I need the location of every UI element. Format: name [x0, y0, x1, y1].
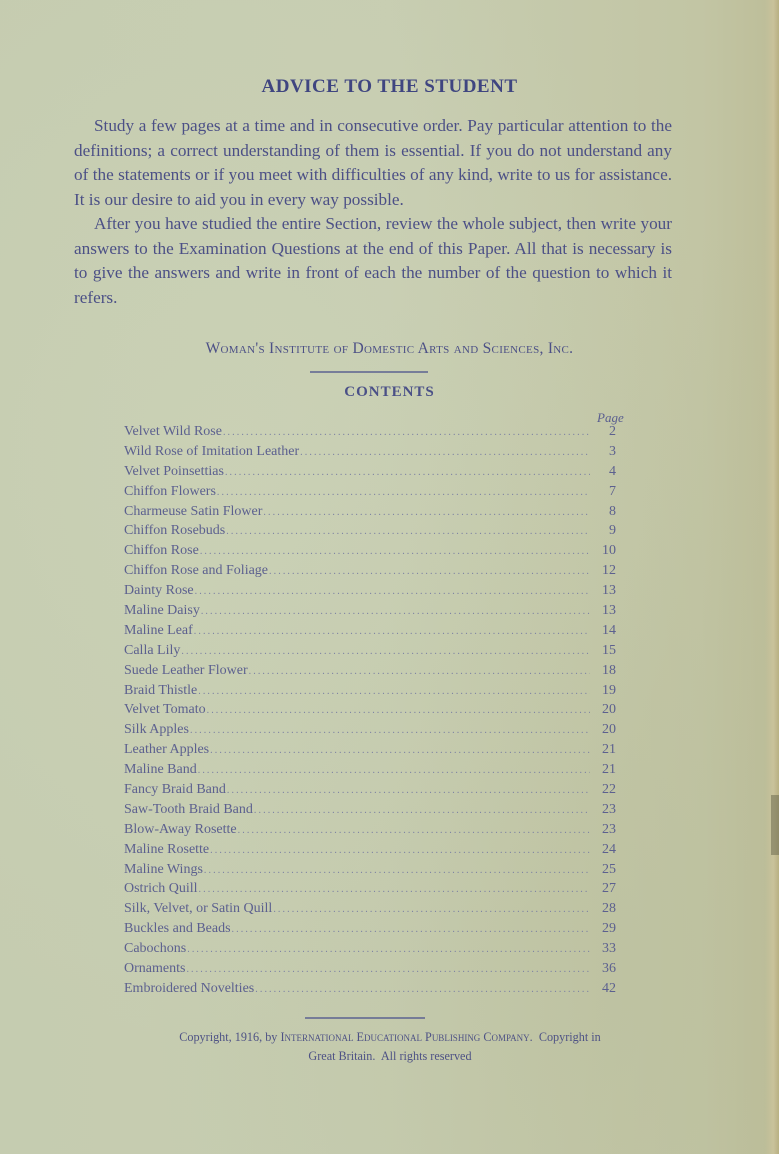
leader-dots [263, 507, 590, 518]
leader-dots [199, 884, 591, 895]
toc-entry[interactable]: Maline Daisy13 [124, 603, 616, 623]
toc-entry-page: 4 [594, 464, 616, 480]
toc-entry-label: Embroidered Novelties [124, 981, 254, 997]
leader-dots [187, 944, 590, 955]
toc-entry-label: Chiffon Flowers [124, 484, 216, 500]
copyright-publisher: International Educational Publishing Com… [280, 1030, 532, 1044]
toc-entry-label: Saw-Tooth Braid Band [124, 802, 253, 818]
toc-entry-page: 33 [594, 941, 616, 957]
toc-entry-label: Chiffon Rosebuds [124, 523, 225, 539]
toc-entry-page: 36 [594, 961, 616, 977]
leader-dots [207, 705, 590, 716]
leader-dots [204, 865, 590, 876]
leader-dots [210, 745, 590, 756]
toc-entry-label: Cabochons [124, 941, 186, 957]
toc-entry-page: 15 [594, 643, 616, 659]
toc-entry[interactable]: Maline Rosette24 [124, 842, 616, 862]
toc-entry[interactable]: Cabochons33 [124, 941, 616, 961]
toc-entry-label: Buckles and Beads [124, 921, 231, 937]
leader-dots [249, 666, 590, 677]
toc-entry-label: Blow-Away Rosette [124, 822, 237, 838]
toc-entry-page: 18 [594, 663, 616, 679]
toc-entry-label: Velvet Wild Rose [124, 424, 222, 440]
toc-entry-label: Charmeuse Satin Flower [124, 504, 262, 520]
leader-dots [217, 487, 590, 498]
toc-entry-label: Suede Leather Flower [124, 663, 248, 679]
toc-entry[interactable]: Chiffon Rose and Foliage12 [124, 563, 616, 583]
toc-entry[interactable]: Chiffon Rose10 [124, 543, 616, 563]
advice-paragraph: Study a few pages at a time and in conse… [74, 114, 672, 212]
toc-entry-page: 20 [594, 702, 616, 718]
toc-entry-page: 8 [594, 504, 616, 520]
toc-entry[interactable]: Chiffon Rosebuds9 [124, 523, 616, 543]
toc-entry[interactable]: Wild Rose of Imitation Leather3 [124, 444, 616, 464]
divider-rule [310, 371, 428, 373]
toc-entry-label: Maline Daisy [124, 603, 200, 619]
toc-entry-label: Maline Wings [124, 862, 203, 878]
toc-entry-page: 10 [594, 543, 616, 559]
toc-entry-page: 25 [594, 862, 616, 878]
publisher-signature: Woman's Institute of Domestic Arts and S… [0, 340, 779, 358]
leader-dots [194, 626, 590, 637]
toc-entry[interactable]: Maline Wings25 [124, 862, 616, 882]
leader-dots [223, 427, 590, 438]
leader-dots [186, 964, 590, 975]
contents-heading: CONTENTS [0, 384, 779, 401]
copyright-suffix: Copyright in [533, 1030, 601, 1044]
leader-dots [273, 904, 590, 915]
toc-entry-page: 21 [594, 742, 616, 758]
toc-entry[interactable]: Calla Lily15 [124, 643, 616, 663]
advice-paragraph: After you have studied the entire Sectio… [74, 212, 672, 310]
toc-entry[interactable]: Chiffon Flowers7 [124, 484, 616, 504]
leader-dots [227, 785, 590, 796]
toc-entry-label: Fancy Braid Band [124, 782, 226, 798]
toc-entry[interactable]: Silk, Velvet, or Satin Quill28 [124, 901, 616, 921]
toc-entry-page: 20 [594, 722, 616, 738]
toc-entry-page: 28 [594, 901, 616, 917]
toc-entry-page: 23 [594, 822, 616, 838]
toc-entry-page: 3 [594, 444, 616, 460]
toc-entry-label: Leather Apples [124, 742, 209, 758]
toc-entry-page: 19 [594, 683, 616, 699]
toc-entry[interactable]: Braid Thistle19 [124, 683, 616, 703]
toc-entry-label: Silk, Velvet, or Satin Quill [124, 901, 272, 917]
toc-entry[interactable]: Maline Leaf14 [124, 623, 616, 643]
toc-entry-page: 42 [594, 981, 616, 997]
toc-entry-label: Chiffon Rose and Foliage [124, 563, 268, 579]
leader-dots [255, 984, 590, 995]
toc-entry[interactable]: Saw-Tooth Braid Band23 [124, 802, 616, 822]
toc-entry-label: Braid Thistle [124, 683, 197, 699]
toc-entry-label: Velvet Tomato [124, 702, 206, 718]
toc-entry-label: Ornaments [124, 961, 185, 977]
toc-entry[interactable]: Ostrich Quill27 [124, 881, 616, 901]
toc-entry-label: Wild Rose of Imitation Leather [124, 444, 299, 460]
toc-entry-label: Maline Rosette [124, 842, 209, 858]
leader-dots [269, 566, 590, 577]
leader-dots [238, 825, 590, 836]
toc-entry[interactable]: Velvet Tomato20 [124, 702, 616, 722]
toc-entry-page: 7 [594, 484, 616, 500]
leader-dots [200, 546, 590, 557]
toc-entry[interactable]: Velvet Poinsettias4 [124, 464, 616, 484]
toc-entry-page: 14 [594, 623, 616, 639]
leader-dots [198, 686, 590, 697]
toc-entry[interactable]: Charmeuse Satin Flower8 [124, 504, 616, 524]
toc-entry[interactable]: Buckles and Beads29 [124, 921, 616, 941]
page-edge-tear [771, 795, 779, 855]
toc-entry-page: 23 [594, 802, 616, 818]
toc-entry[interactable]: Blow-Away Rosette23 [124, 822, 616, 842]
leader-dots [195, 586, 590, 597]
copyright-prefix: Copyright, 1916, by [179, 1030, 280, 1044]
toc-entry-label: Calla Lily [124, 643, 180, 659]
toc-entry[interactable]: Fancy Braid Band22 [124, 782, 616, 802]
leader-dots [210, 845, 590, 856]
toc-entry-label: Silk Apples [124, 722, 189, 738]
advice-body: Study a few pages at a time and in conse… [74, 114, 672, 310]
toc-entry-page: 21 [594, 762, 616, 778]
toc-entry[interactable]: Leather Apples21 [124, 742, 616, 762]
toc-entry-page: 9 [594, 523, 616, 539]
toc-entry-label: Maline Leaf [124, 623, 193, 639]
toc-entry-label: Velvet Poinsettias [124, 464, 224, 480]
toc-entry-label: Ostrich Quill [124, 881, 198, 897]
toc-entry-page: 29 [594, 921, 616, 937]
toc-entry-page: 2 [594, 424, 616, 440]
table-of-contents: Velvet Wild Rose2 Wild Rose of Imitation… [124, 424, 616, 1001]
leader-dots [254, 805, 590, 816]
toc-entry-page: 22 [594, 782, 616, 798]
leader-dots [300, 447, 590, 458]
leader-dots [190, 725, 590, 736]
toc-entry-page: 27 [594, 881, 616, 897]
leader-dots [181, 646, 590, 657]
toc-entry[interactable]: Embroidered Novelties42 [124, 981, 616, 1001]
toc-entry[interactable]: Ornaments36 [124, 961, 616, 981]
divider-rule [305, 1017, 425, 1019]
toc-entry-page: 24 [594, 842, 616, 858]
toc-entry-page: 13 [594, 583, 616, 599]
copyright-line-2: Great Britain. All rights reserved [70, 1047, 710, 1066]
toc-entry[interactable]: Velvet Wild Rose2 [124, 424, 616, 444]
toc-entry-label: Chiffon Rose [124, 543, 199, 559]
toc-entry-page: 13 [594, 603, 616, 619]
page-edge [765, 0, 779, 1154]
advice-title: ADVICE TO THE STUDENT [0, 76, 779, 98]
toc-entry[interactable]: Dainty Rose13 [124, 583, 616, 603]
toc-entry-label: Maline Band [124, 762, 197, 778]
leader-dots [198, 765, 590, 776]
document-page: ADVICE TO THE STUDENT Study a few pages … [0, 0, 779, 1154]
toc-entry[interactable]: Silk Apples20 [124, 722, 616, 742]
copyright-line-1: Copyright, 1916, by International Educat… [70, 1028, 710, 1047]
leader-dots [226, 526, 590, 537]
toc-entry-label: Dainty Rose [124, 583, 194, 599]
leader-dots [232, 924, 590, 935]
leader-dots [225, 467, 590, 478]
toc-entry-page: 12 [594, 563, 616, 579]
copyright-notice: Copyright, 1916, by International Educat… [70, 1028, 710, 1066]
toc-entry[interactable]: Maline Band21 [124, 762, 616, 782]
toc-entry[interactable]: Suede Leather Flower18 [124, 663, 616, 683]
leader-dots [201, 606, 590, 617]
